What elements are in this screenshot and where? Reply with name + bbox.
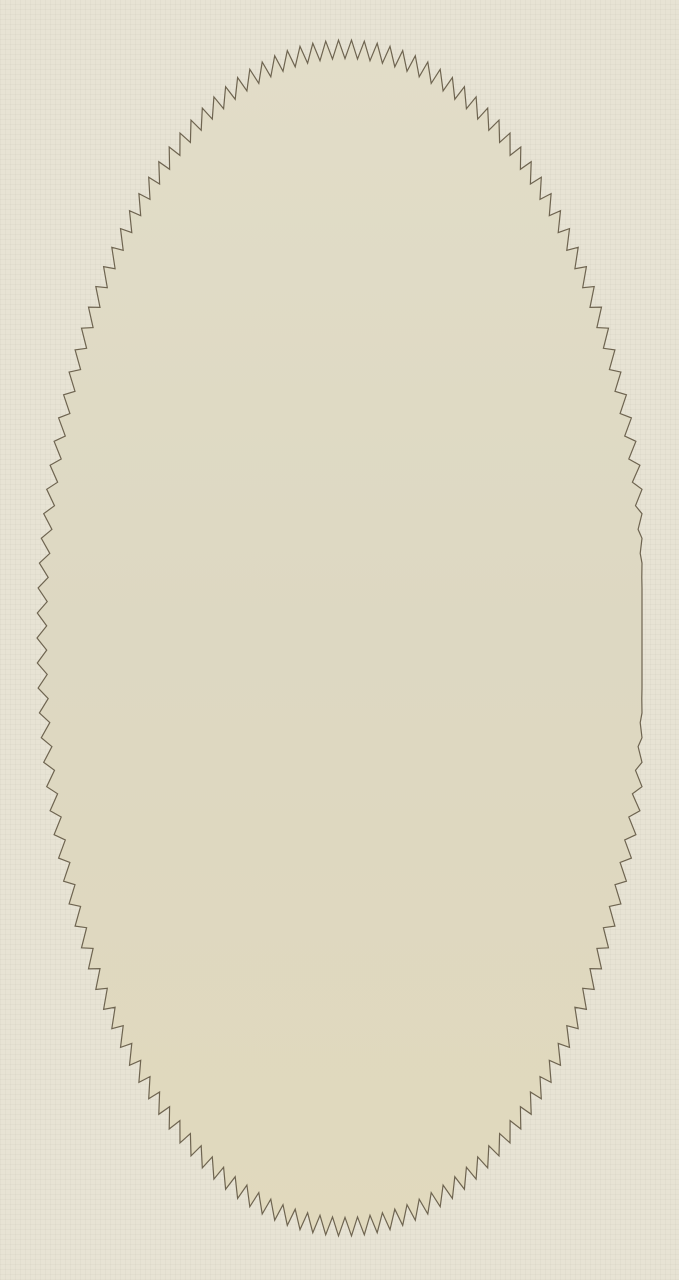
oval-window bbox=[0, 0, 679, 1280]
photo-scene bbox=[0, 0, 679, 1280]
zigzag-edge bbox=[37, 40, 642, 1236]
